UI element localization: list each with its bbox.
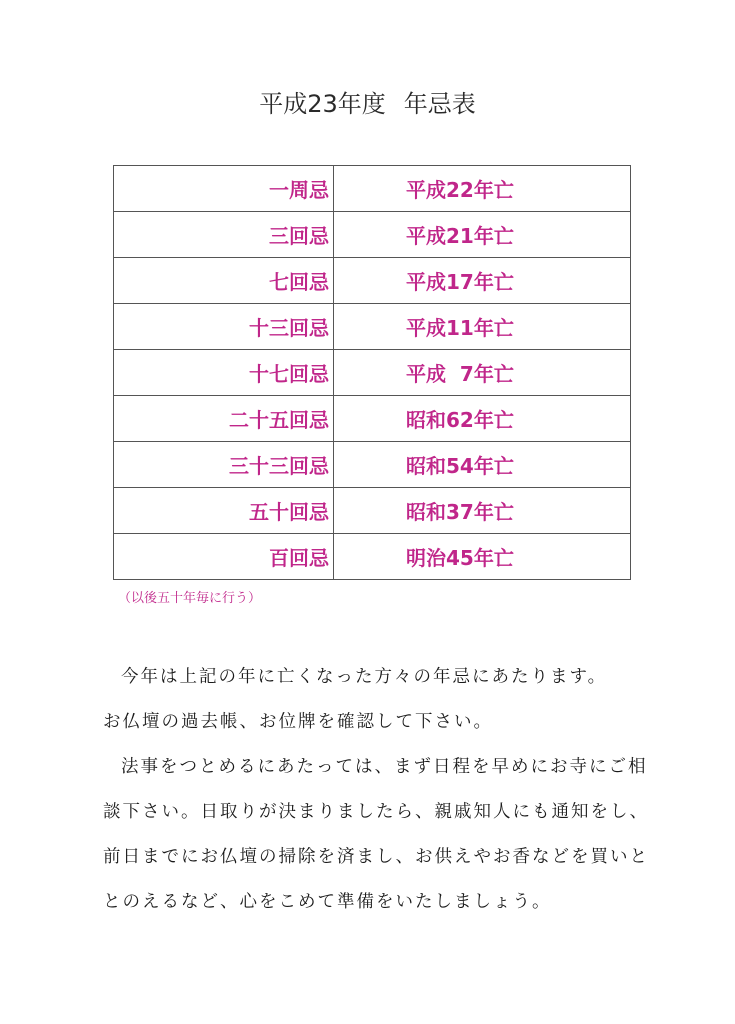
page-title-main: 年忌表 — [404, 90, 476, 118]
memorial-name-cell: 三十三回忌 — [114, 442, 334, 488]
memorial-name-cell: 五十回忌 — [114, 488, 334, 534]
body-line: 談下さい。日取りが決まりましたら、親戚知人にも通知をし、 — [103, 790, 643, 835]
death-year-cell: 昭和37年亡 — [334, 488, 631, 534]
memorial-name-cell: 十三回忌 — [114, 304, 334, 350]
death-year-cell: 平成21年亡 — [334, 212, 631, 258]
memorial-name-cell: 一周忌 — [114, 166, 334, 212]
death-year-cell: 昭和54年亡 — [334, 442, 631, 488]
page-title: 平成23年度年忌表 — [0, 84, 735, 119]
death-year-cell: 明治45年亡 — [334, 534, 631, 580]
table-row: 三回忌 平成21年亡 — [114, 212, 631, 258]
body-line: 今年は上記の年に亡くなった方々の年忌にあたります。 — [103, 655, 643, 700]
table-footnote: （以後五十年毎に行う） — [118, 587, 261, 606]
death-year-cell: 平成11年亡 — [334, 304, 631, 350]
memorial-name-cell: 百回忌 — [114, 534, 334, 580]
body-line: 前日までにお仏壇の掃除を済まし、お供えやお香などを買いと — [103, 835, 643, 880]
page-title-year: 平成23年度 — [259, 90, 386, 118]
body-line: とのえるなど、心をこめて準備をいたしましょう。 — [103, 880, 643, 925]
table-row: 七回忌 平成17年亡 — [114, 258, 631, 304]
death-year-cell: 平成17年亡 — [334, 258, 631, 304]
table-row: 十七回忌 平成 7年亡 — [114, 350, 631, 396]
table-row: 十三回忌 平成11年亡 — [114, 304, 631, 350]
body-line: 法事をつとめるにあたっては、まず日程を早めにお寺にご相 — [103, 745, 643, 790]
memorial-name-cell: 三回忌 — [114, 212, 334, 258]
memorial-year-table: 一周忌 平成22年亡 三回忌 平成21年亡 七回忌 平成17年亡 十三回忌 平成… — [113, 165, 631, 580]
death-year-cell: 昭和62年亡 — [334, 396, 631, 442]
memorial-name-cell: 七回忌 — [114, 258, 334, 304]
table-row: 二十五回忌 昭和62年亡 — [114, 396, 631, 442]
table-row: 五十回忌 昭和37年亡 — [114, 488, 631, 534]
body-paragraphs: 今年は上記の年に亡くなった方々の年忌にあたります。 お仏壇の過去帳、お位牌を確認… — [103, 655, 643, 925]
body-line: お仏壇の過去帳、お位牌を確認して下さい。 — [103, 700, 643, 745]
table-row: 百回忌 明治45年亡 — [114, 534, 631, 580]
memorial-name-cell: 二十五回忌 — [114, 396, 334, 442]
death-year-cell: 平成 7年亡 — [334, 350, 631, 396]
memorial-name-cell: 十七回忌 — [114, 350, 334, 396]
table-row: 一周忌 平成22年亡 — [114, 166, 631, 212]
death-year-cell: 平成22年亡 — [334, 166, 631, 212]
table-row: 三十三回忌 昭和54年亡 — [114, 442, 631, 488]
